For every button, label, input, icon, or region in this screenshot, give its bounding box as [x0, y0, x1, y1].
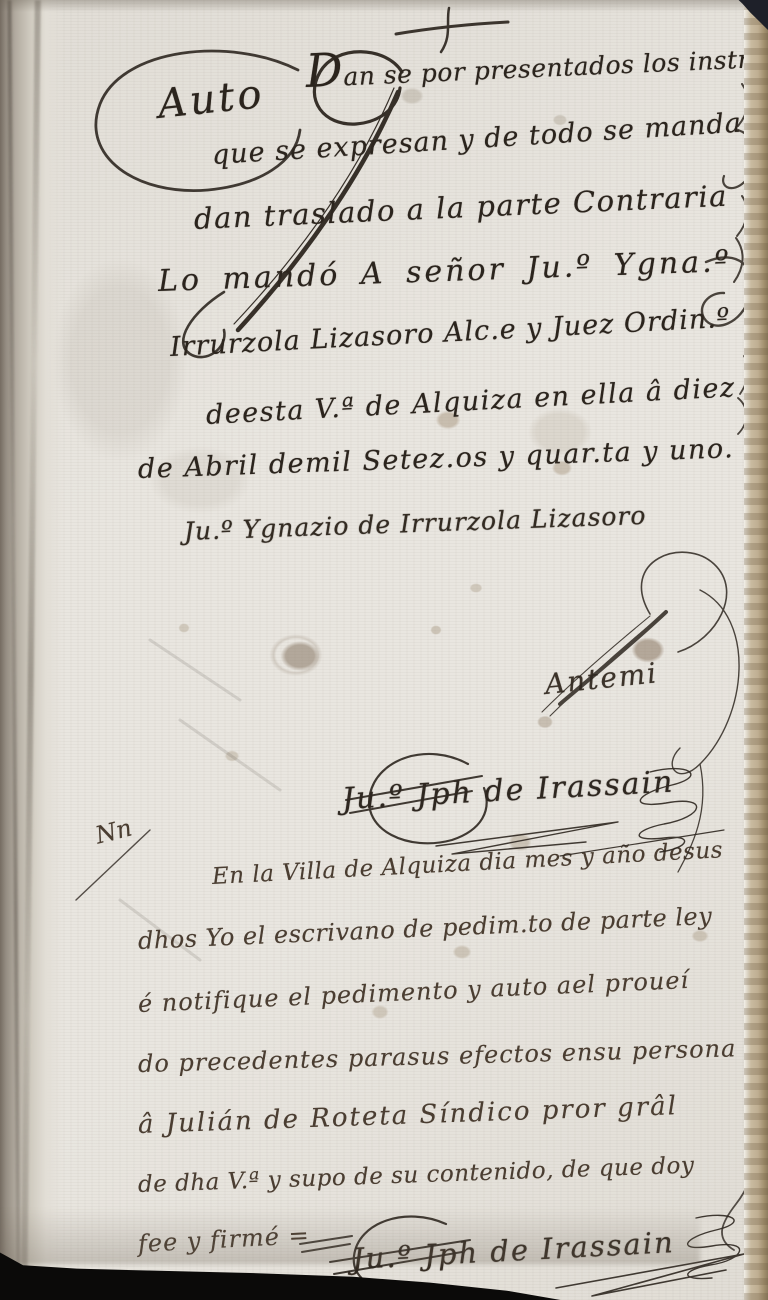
gutter-crease: [21, 0, 41, 1300]
manuscript-line: fee y firmé =: [137, 1221, 310, 1258]
ante-mi-flourish: [542, 552, 739, 872]
notification-right-swash: [722, 1092, 757, 1250]
closing-signature: Ju.º Jph de Irassain: [351, 1225, 675, 1276]
show-through-strokes: [120, 640, 280, 960]
manuscript-line: Irrurzola Lizasoro Alc.e y Juez Ordin.º: [169, 303, 731, 363]
manuscript-line: En la Villa de Alquiza dia mes y año des…: [211, 837, 723, 890]
manuscript-line: Lo mandó A señor Ju.º Ygna.º de: [157, 242, 768, 299]
invocation-keyword: Auto: [156, 71, 267, 128]
manuscript-line: do precedentes parasus efectos ensu pers…: [138, 1034, 737, 1078]
page-top-shadow: [0, 0, 768, 12]
gutter-crease: [7, 0, 20, 1300]
manuscript-line: â Julián de Roteta Síndico pror grâl: [137, 1091, 678, 1140]
cross-mark: [396, 8, 508, 52]
line-text: an se por presentados los instrum.: [343, 42, 768, 91]
manuscript-line: dan traslado a la parte Contraria: [193, 179, 728, 236]
margin-note: Nn: [93, 814, 135, 850]
stacked-page-edges: [744, 0, 768, 1300]
manuscript-line: dhos Yo el escrivano de pedim.to de part…: [137, 902, 712, 955]
dark-corner-background: [736, 0, 768, 30]
manuscript-line: deesta V.ª de Alquiza en ella â diez: [205, 372, 736, 431]
scribe-signature: Ju.º Jph de Irassain: [341, 765, 675, 817]
manuscript-scan: Auto Dan se por presentados los instrum.…: [0, 0, 768, 1300]
book-binding-gutter: [0, 0, 64, 1300]
manuscript-line: é notifique el pedimento y auto ael prou…: [137, 966, 689, 1018]
ante-mi-note: Antemi: [543, 656, 659, 701]
manuscript-line: de dha V.ª y supo de su contenido, de qu…: [138, 1153, 695, 1198]
manuscript-line: que se expresan y de todo se manda: [211, 108, 743, 171]
judge-signature: Ju.º Ygnazio de Irrurzola Lizasoro: [183, 501, 646, 546]
decorated-initial: D: [304, 42, 344, 98]
manuscript-line: de Abril demil Setez.os y quar.ta y uno.: [137, 433, 734, 485]
manuscript-line: Dan se por presentados los instrum.tos: [305, 41, 768, 93]
